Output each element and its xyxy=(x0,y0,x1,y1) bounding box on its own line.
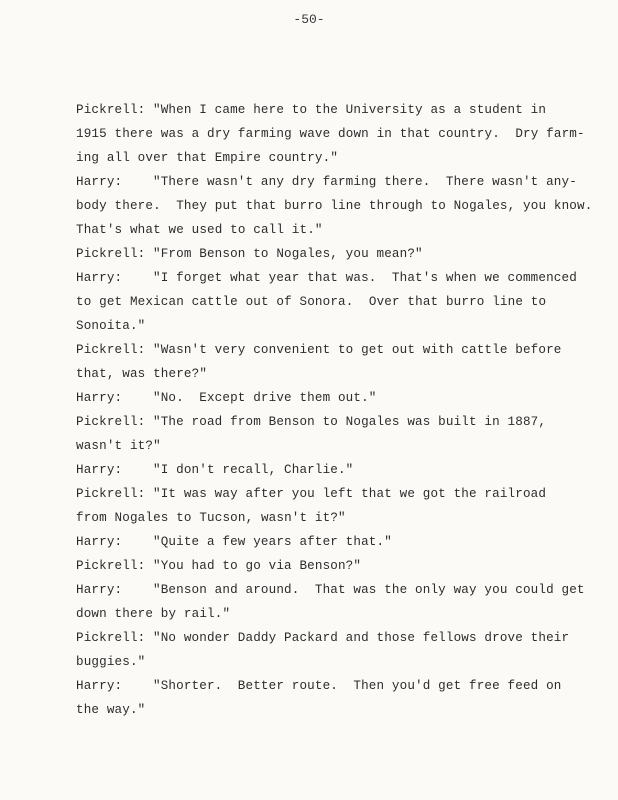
speaker-label: Pickrell: xyxy=(76,554,153,578)
utterance-text: to get Mexican cattle out of Sonora. Ove… xyxy=(76,295,546,309)
utterance-text: from Nogales to Tucson, wasn't it?" xyxy=(76,511,346,525)
transcript-line: body there. They put that burro line thr… xyxy=(76,194,576,218)
transcript-line: the way." xyxy=(76,698,576,722)
transcript-line: Pickrell:"No wonder Daddy Packard and th… xyxy=(76,626,576,650)
interview-transcript: Pickrell:"When I came here to the Univer… xyxy=(76,98,576,722)
speaker-label: Pickrell: xyxy=(76,242,153,266)
utterance-text: ing all over that Empire country." xyxy=(76,151,338,165)
transcript-line: That's what we used to call it." xyxy=(76,218,576,242)
transcript-line: Pickrell:"From Benson to Nogales, you me… xyxy=(76,242,576,266)
utterance-text: "No wonder Daddy Packard and those fello… xyxy=(153,631,569,645)
transcript-line: from Nogales to Tucson, wasn't it?" xyxy=(76,506,576,530)
transcript-line: wasn't it?" xyxy=(76,434,576,458)
speaker-label: Harry: xyxy=(76,170,153,194)
transcript-line: Harry:"There wasn't any dry farming ther… xyxy=(76,170,576,194)
speaker-label: Pickrell: xyxy=(76,338,153,362)
utterance-text: "Quite a few years after that." xyxy=(153,535,392,549)
transcript-line: Pickrell:"Wasn't very convenient to get … xyxy=(76,338,576,362)
page-number: -50- xyxy=(0,12,618,27)
utterance-text: "The road from Benson to Nogales was bui… xyxy=(153,415,546,429)
speaker-label: Harry: xyxy=(76,266,153,290)
speaker-label: Pickrell: xyxy=(76,626,153,650)
transcript-line: buggies." xyxy=(76,650,576,674)
utterance-text: "No. Except drive them out." xyxy=(153,391,377,405)
utterance-text: "Wasn't very convenient to get out with … xyxy=(153,343,562,357)
speaker-label: Harry: xyxy=(76,530,153,554)
utterance-text: "I forget what year that was. That's whe… xyxy=(153,271,577,285)
transcript-line: down there by rail." xyxy=(76,602,576,626)
transcript-line: to get Mexican cattle out of Sonora. Ove… xyxy=(76,290,576,314)
speaker-label: Pickrell: xyxy=(76,98,153,122)
utterance-text: That's what we used to call it." xyxy=(76,223,323,237)
utterance-text: "From Benson to Nogales, you mean?" xyxy=(153,247,423,261)
transcript-line: Harry:"I forget what year that was. That… xyxy=(76,266,576,290)
speaker-label: Harry: xyxy=(76,458,153,482)
utterance-text: "You had to go via Benson?" xyxy=(153,559,361,573)
transcript-line: Pickrell:"The road from Benson to Nogale… xyxy=(76,410,576,434)
utterance-text: that, was there?" xyxy=(76,367,207,381)
utterance-text: "When I came here to the University as a… xyxy=(153,103,546,117)
utterance-text: "Shorter. Better route. Then you'd get f… xyxy=(153,679,562,693)
speaker-label: Harry: xyxy=(76,578,153,602)
speaker-label: Harry: xyxy=(76,674,153,698)
utterance-text: body there. They put that burro line thr… xyxy=(76,199,592,213)
speaker-label: Harry: xyxy=(76,386,153,410)
speaker-label: Pickrell: xyxy=(76,482,153,506)
transcript-line: ing all over that Empire country." xyxy=(76,146,576,170)
utterance-text: 1915 there was a dry farming wave down i… xyxy=(76,127,585,141)
transcript-line: Harry:"Quite a few years after that." xyxy=(76,530,576,554)
transcript-line: Pickrell:"When I came here to the Univer… xyxy=(76,98,576,122)
utterance-text: "There wasn't any dry farming there. The… xyxy=(153,175,577,189)
transcript-line: Harry:"No. Except drive them out." xyxy=(76,386,576,410)
utterance-text: "Benson and around. That was the only wa… xyxy=(153,583,585,597)
utterance-text: "I don't recall, Charlie." xyxy=(153,463,353,477)
transcript-line: Harry:"Shorter. Better route. Then you'd… xyxy=(76,674,576,698)
utterance-text: the way." xyxy=(76,703,145,717)
transcript-line: Harry:"Benson and around. That was the o… xyxy=(76,578,576,602)
typewritten-page: -50- Pickrell:"When I came here to the U… xyxy=(0,0,618,800)
utterance-text: "It was way after you left that we got t… xyxy=(153,487,546,501)
speaker-label: Pickrell: xyxy=(76,410,153,434)
transcript-line: that, was there?" xyxy=(76,362,576,386)
utterance-text: buggies." xyxy=(76,655,145,669)
transcript-line: Pickrell:"You had to go via Benson?" xyxy=(76,554,576,578)
utterance-text: wasn't it?" xyxy=(76,439,161,453)
transcript-line: Pickrell:"It was way after you left that… xyxy=(76,482,576,506)
transcript-line: Harry:"I don't recall, Charlie." xyxy=(76,458,576,482)
utterance-text: down there by rail." xyxy=(76,607,230,621)
transcript-line: 1915 there was a dry farming wave down i… xyxy=(76,122,576,146)
utterance-text: Sonoita." xyxy=(76,319,145,333)
transcript-line: Sonoita." xyxy=(76,314,576,338)
